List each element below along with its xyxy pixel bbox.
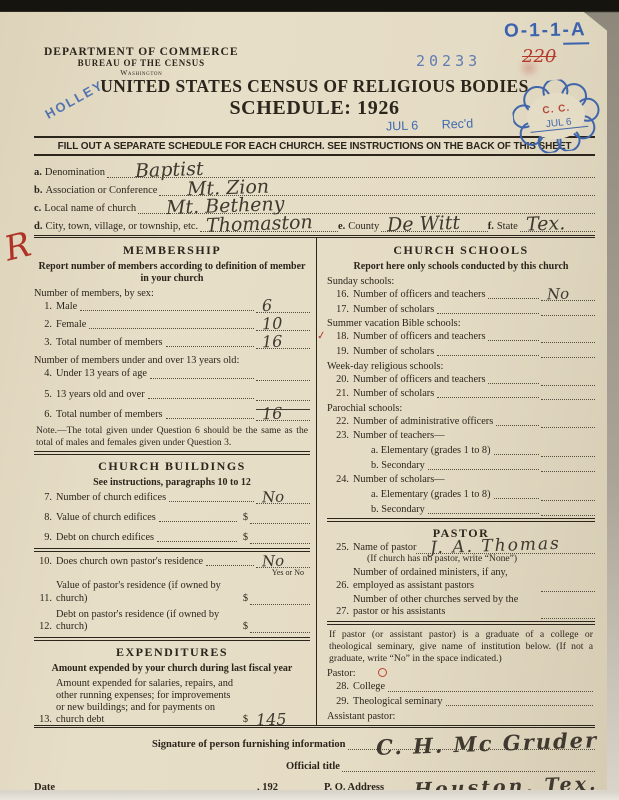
handwritten-state: Tex. <box>526 214 566 234</box>
dotted-leader <box>496 425 539 426</box>
answer-slot <box>541 346 595 358</box>
question-22: 22. Number of administrative officers <box>327 416 595 428</box>
handwritten-value: 10 <box>262 316 283 333</box>
question-number: 9. <box>34 532 56 544</box>
question-23b: b. Secondary <box>327 460 595 472</box>
field-write-line: Baptist <box>107 165 595 178</box>
question-label: Total number of members <box>56 409 163 421</box>
instruction-banner: FILL OUT A SEPARATE SCHEDULE FOR EACH CH… <box>34 136 595 156</box>
question-23: 23. Number of teachers— <box>327 430 595 442</box>
question-label: Debt on church edifices <box>56 532 154 544</box>
question-label: Amount expended for salaries, repairs, a… <box>56 678 239 725</box>
question-number: 1. <box>34 301 56 313</box>
scanned-document: R O-1-1-A DEPARTMENT OF COMMERCE BUREAU … <box>0 0 619 800</box>
answer-slot <box>541 374 595 386</box>
field-prefix: c. <box>34 203 41 214</box>
classification-code: O-1-1-A <box>504 19 587 42</box>
question-label: Under 13 years of age <box>56 368 147 380</box>
field-association: b. Association or Conference Mt. Zion <box>34 179 595 196</box>
question-7-edifices: 7. Number of church edifices No <box>34 492 310 504</box>
answer-slot: 6 <box>256 301 310 313</box>
sub-question-label: b. Secondary <box>371 504 425 516</box>
pastor-label-text: Pastor: <box>327 668 356 679</box>
question-label: Number of officers and teachers <box>353 331 485 343</box>
answer-slot <box>541 607 595 619</box>
church-buildings-subtitle: See instructions, paragraphs 10 to 12 <box>38 477 306 489</box>
question-3-total-members: 3. Total number of members 16 <box>34 337 310 349</box>
answer-slot: 16 <box>256 409 310 421</box>
question-number: 6. <box>34 409 56 421</box>
question-label: Number of scholars <box>353 304 434 316</box>
dotted-leader <box>166 346 254 347</box>
date-year-prefix: , 192 <box>257 782 278 793</box>
question-number: 2. <box>34 319 56 331</box>
question-28-college: 28. College <box>327 681 595 693</box>
field-label: Association or Conference <box>45 185 157 196</box>
handwritten-po-address: Houston, Tex. <box>414 775 599 800</box>
official-title-line <box>342 759 595 772</box>
sub-question-label: b. Secondary <box>371 460 425 472</box>
field-write-line: Thomaston <box>200 219 338 232</box>
question-number: 17. <box>327 304 353 316</box>
date-address-row: Date , 192 P. O. Address Houston, Tex. <box>34 780 595 793</box>
field-label: City, town, village, or township, etc. <box>45 221 198 232</box>
dotted-leader <box>169 501 254 502</box>
dollar-sign: $ <box>243 714 248 725</box>
question-number: 25. <box>327 542 353 554</box>
dotted-leader <box>437 355 539 356</box>
department-name: DEPARTMENT OF COMMERCE <box>44 46 239 58</box>
red-letter-annotation: R <box>1 224 36 269</box>
question-number: 7. <box>34 492 56 504</box>
field-prefix: f. <box>488 221 494 232</box>
identification-fields: a. Denomination Baptist b. Association o… <box>34 161 595 232</box>
question-label: Debt on pastor's residence (if owned by … <box>56 609 239 633</box>
dotted-leader <box>206 565 254 566</box>
field-write-line: De Witt <box>381 219 487 232</box>
question-24: 24. Number of scholars— <box>327 474 595 486</box>
question-16: 16. Number of officers and teachers No <box>327 289 595 301</box>
question-number: 3. <box>34 337 56 349</box>
answer-slot <box>541 331 595 343</box>
handwritten-value: 6 <box>262 298 273 314</box>
question-label: Number of teachers— <box>353 430 445 442</box>
dotted-leader <box>80 310 254 311</box>
handwritten-value: 16 <box>262 334 283 351</box>
question-number: 5. <box>34 389 56 401</box>
membership-heading: MEMBERSHIP <box>34 243 310 258</box>
dotted-leader <box>437 313 539 314</box>
membership-note: Note.—The total given under Question 6 s… <box>36 425 308 449</box>
left-column: MEMBERSHIP Report number of members acco… <box>34 238 317 725</box>
answer-slot: No <box>256 492 310 504</box>
question-label: College <box>353 681 385 693</box>
question-label: Theological seminary <box>353 696 443 708</box>
question-label: Number of administrative officers <box>353 416 493 428</box>
form-header: O-1-1-A DEPARTMENT OF COMMERCE BUREAU OF… <box>34 18 595 136</box>
sub-question-label: a. Elementary (grades 1 to 8) <box>371 445 491 457</box>
membership-subtitle: Report number of members according to de… <box>38 261 306 285</box>
question-number: 29. <box>327 696 353 708</box>
section-divider <box>327 518 595 522</box>
red-number-annotation: 220 <box>522 46 556 67</box>
dotted-leader <box>159 521 237 522</box>
dotted-leader <box>148 398 254 399</box>
parochial-schools-label: Parochial schools: <box>327 403 595 414</box>
members-by-age-label: Number of members under and over 13 year… <box>34 355 310 366</box>
dollar-sign: $ <box>243 593 248 605</box>
question-label: College <box>353 724 385 725</box>
answer-slot <box>541 460 595 472</box>
dotted-leader <box>488 383 539 384</box>
answer-slot: 10 <box>256 319 310 331</box>
question-8-value-edifices: 8. Value of church edifices $ <box>34 512 310 524</box>
date-label: Date <box>34 782 55 793</box>
question-23a: a. Elementary (grades 1 to 8) <box>327 445 595 457</box>
question-number: 24. <box>327 474 353 486</box>
answer-slot <box>250 593 310 605</box>
question-number: 12. <box>34 621 56 633</box>
dollar-sign: $ <box>243 512 248 524</box>
dotted-leader <box>89 328 254 329</box>
question-10-own-residence: 10. Does church own pastor's residence N… <box>34 556 310 568</box>
sub-question-label: a. Elementary (grades 1 to 8) <box>371 489 491 501</box>
question-19: 19. Number of scholars <box>327 346 595 358</box>
question-label: Number of scholars— <box>353 474 445 486</box>
question-number: 4. <box>34 368 56 380</box>
question-label: Number of scholars <box>353 388 434 400</box>
official-title-row: Official title <box>286 759 595 772</box>
question-26: 26. Number of ordained ministers, if any… <box>327 567 595 591</box>
expenditures-heading: EXPENDITURES <box>34 645 310 660</box>
expenditures-subtitle: Amount expended by your church during la… <box>38 663 306 675</box>
form-number-right: 11—9054a <box>154 795 188 800</box>
field-city-county-state: d. City, town, village, or township, etc… <box>34 215 595 232</box>
field-label: County <box>348 221 379 232</box>
yes-or-no-hint: Yes or No <box>272 568 304 577</box>
form-edition-numbers: 8—5518 a 11—9054a <box>60 795 595 800</box>
answer-slot: J. A. Thomas <box>416 542 595 554</box>
question-label: Does church own pastor's residence <box>56 556 203 568</box>
po-address-line: Houston, Tex. <box>386 780 595 793</box>
question-label: Name of pastor <box>353 542 416 554</box>
question-12-residence-debt: 12. Debt on pastor's residence (if owned… <box>34 609 310 633</box>
po-address-label: P. O. Address <box>324 782 384 793</box>
dotted-leader <box>166 418 254 419</box>
question-label: Number of ordained ministers, if any, em… <box>353 567 541 591</box>
red-circle-annotation <box>378 668 387 677</box>
handwritten-signature: C. H. Mc Gruder <box>375 729 598 758</box>
question-25-pastor-name: 25. Name of pastor J. A. Thomas <box>327 542 595 554</box>
dotted-leader <box>437 397 539 398</box>
assistant-pastor-label: Assistant pastor: <box>327 711 595 722</box>
received-label: Rec'd <box>441 116 473 131</box>
field-write-line: Tex. <box>520 219 595 232</box>
question-number: 22. <box>327 416 353 428</box>
field-local-church-name: c. Local name of church Mt. Betheny <box>34 197 595 214</box>
question-label: Number of officers and teachers <box>353 289 485 301</box>
received-stamp: JUL 6 Rec'd <box>386 116 474 133</box>
church-schools-subtitle: Report here only schools conducted by th… <box>331 261 591 273</box>
answer-slot: 16 <box>256 337 310 349</box>
dollar-sign: $ <box>243 621 248 633</box>
question-24a: a. Elementary (grades 1 to 8) <box>327 489 595 501</box>
question-number: 26. <box>327 580 353 592</box>
dollar-sign: $ <box>243 532 248 544</box>
field-label: State <box>497 221 518 232</box>
date-line <box>57 780 257 793</box>
field-write-line: Mt. Betheny <box>138 201 595 214</box>
section-divider <box>327 621 595 625</box>
question-20: 20. Number of officers and teachers <box>327 374 595 386</box>
question-number: 16. <box>327 289 353 301</box>
question-1-male: 1. Male 6 <box>34 301 310 313</box>
question-label: Female <box>56 319 86 331</box>
handwritten-value: No <box>262 490 285 506</box>
question-label: Number of church edifices <box>56 492 166 504</box>
question-21: 21. Number of scholars <box>327 388 595 400</box>
census-form-page: R O-1-1-A DEPARTMENT OF COMMERCE BUREAU … <box>0 12 607 790</box>
question-number: 21. <box>327 388 353 400</box>
field-label: Denomination <box>45 167 105 178</box>
question-30-college: 30. College <box>327 724 595 725</box>
bureau-name: BUREAU OF THE CENSUS <box>44 58 239 68</box>
question-number: 11. <box>34 593 56 605</box>
answer-slot <box>256 369 310 381</box>
dotted-leader <box>488 340 539 341</box>
church-schools-heading: CHURCH SCHOOLS <box>327 243 595 258</box>
question-number: 13. <box>34 714 56 725</box>
answer-slot <box>541 304 595 316</box>
question-number: 28. <box>327 681 353 693</box>
answer-slot <box>250 512 310 524</box>
dotted-leader <box>446 705 594 706</box>
question-number: 27. <box>327 606 353 618</box>
serial-number-stamp: 20233 <box>416 52 481 70</box>
question-label: Male <box>56 301 77 313</box>
handwritten-value: 16 <box>262 405 283 422</box>
question-label: Total number of members <box>56 337 163 349</box>
handwritten-city: Thomaston <box>206 213 313 236</box>
dotted-leader <box>428 469 539 470</box>
answer-slot <box>541 445 595 457</box>
answer-slot <box>541 489 595 501</box>
question-number: 23. <box>327 430 353 442</box>
field-prefix: e. <box>338 221 345 232</box>
question-number: 18. <box>327 331 353 343</box>
dotted-leader <box>157 541 237 542</box>
section-divider <box>34 451 310 455</box>
handwritten-value: No <box>547 287 570 303</box>
answer-slot <box>541 388 595 400</box>
handwritten-value: 145 <box>256 711 287 725</box>
question-11-residence-value: 11. Value of pastor's residence (if owne… <box>34 580 310 604</box>
section-divider <box>34 637 310 641</box>
question-4-under-13: 4. Under 13 years of age <box>34 368 310 380</box>
answer-slot <box>541 504 595 516</box>
signature-section: Signature of person furnishing informati… <box>34 725 595 800</box>
field-label: Local name of church <box>44 203 136 214</box>
pastor-label: Pastor: <box>327 668 595 679</box>
question-number: 19. <box>327 346 353 358</box>
question-5-13-and-over: 5. 13 years old and over <box>34 389 310 401</box>
field-denomination: a. Denomination Baptist <box>34 161 595 178</box>
form-body-columns: MEMBERSHIP Report number of members acco… <box>34 235 595 725</box>
signature-row: Signature of person furnishing informati… <box>152 737 595 750</box>
dotted-leader <box>388 691 593 692</box>
question-number: 8. <box>34 512 56 524</box>
question-number: 30. <box>327 724 353 725</box>
question-label: 13 years old and over <box>56 389 145 401</box>
agency-block: DEPARTMENT OF COMMERCE BUREAU OF THE CEN… <box>44 46 239 77</box>
question-6-total-members: 6. Total number of members 16 <box>34 409 310 421</box>
question-18: ✓ 18. Number of officers and teachers <box>327 331 595 343</box>
question-17: 17. Number of scholars <box>327 304 595 316</box>
answer-slot <box>256 389 310 401</box>
question-number: 20. <box>327 374 353 386</box>
signature-line: C. H. Mc Gruder <box>348 737 596 750</box>
question-number: 10. <box>34 556 56 568</box>
question-label: Value of pastor's residence (if owned by… <box>56 580 239 604</box>
question-24b: b. Secondary <box>327 504 595 516</box>
question-label: Number of officers and teachers <box>353 374 485 386</box>
cc-date-stamp: C. C. JUL 6 <box>509 76 604 157</box>
answer-slot <box>541 580 595 592</box>
signature-label: Signature of person furnishing informati… <box>152 739 346 750</box>
weekday-schools-label: Week-day religious schools: <box>327 361 595 372</box>
red-check-mark: ✓ <box>316 330 327 344</box>
summer-schools-label: Summer vacation Bible schools: <box>327 318 595 329</box>
question-29-seminary: 29. Theological seminary <box>327 696 595 708</box>
official-title-label: Official title <box>286 761 340 772</box>
question-2-female: 2. Female 10 <box>34 319 310 331</box>
dotted-leader <box>488 298 539 299</box>
dotted-leader <box>428 513 539 514</box>
question-label: Number of other churches served by the p… <box>353 594 541 618</box>
graduate-instruction: If pastor (or assistant pastor) is a gra… <box>329 629 593 665</box>
answer-slot: No <box>541 289 595 301</box>
dotted-leader <box>150 378 254 379</box>
field-prefix: d. <box>34 221 42 232</box>
question-13-salaries: 13. Amount expended for salaries, repair… <box>34 678 310 725</box>
field-prefix: a. <box>34 167 42 178</box>
received-date: JUL 6 <box>386 118 419 133</box>
answer-slot <box>541 416 595 428</box>
form-number-left: 8—5518 a <box>60 795 92 800</box>
field-prefix: b. <box>34 185 42 196</box>
question-9-debt-edifices: 9. Debt on church edifices $ <box>34 532 310 544</box>
question-label: Value of church edifices <box>56 512 156 524</box>
church-buildings-heading: CHURCH BUILDINGS <box>34 459 310 474</box>
right-column: CHURCH SCHOOLS Report here only schools … <box>317 238 595 725</box>
question-label: Number of scholars <box>353 346 434 358</box>
answer-slot: 145 <box>250 715 310 726</box>
dotted-leader <box>494 498 539 499</box>
answer-slot <box>250 532 310 544</box>
question-27: 27. Number of other churches served by t… <box>327 594 595 618</box>
dotted-leader <box>494 454 539 455</box>
answer-slot <box>250 621 310 633</box>
answer-slot: NoYes or No <box>256 556 310 568</box>
handwritten-county: De Witt <box>387 214 461 236</box>
